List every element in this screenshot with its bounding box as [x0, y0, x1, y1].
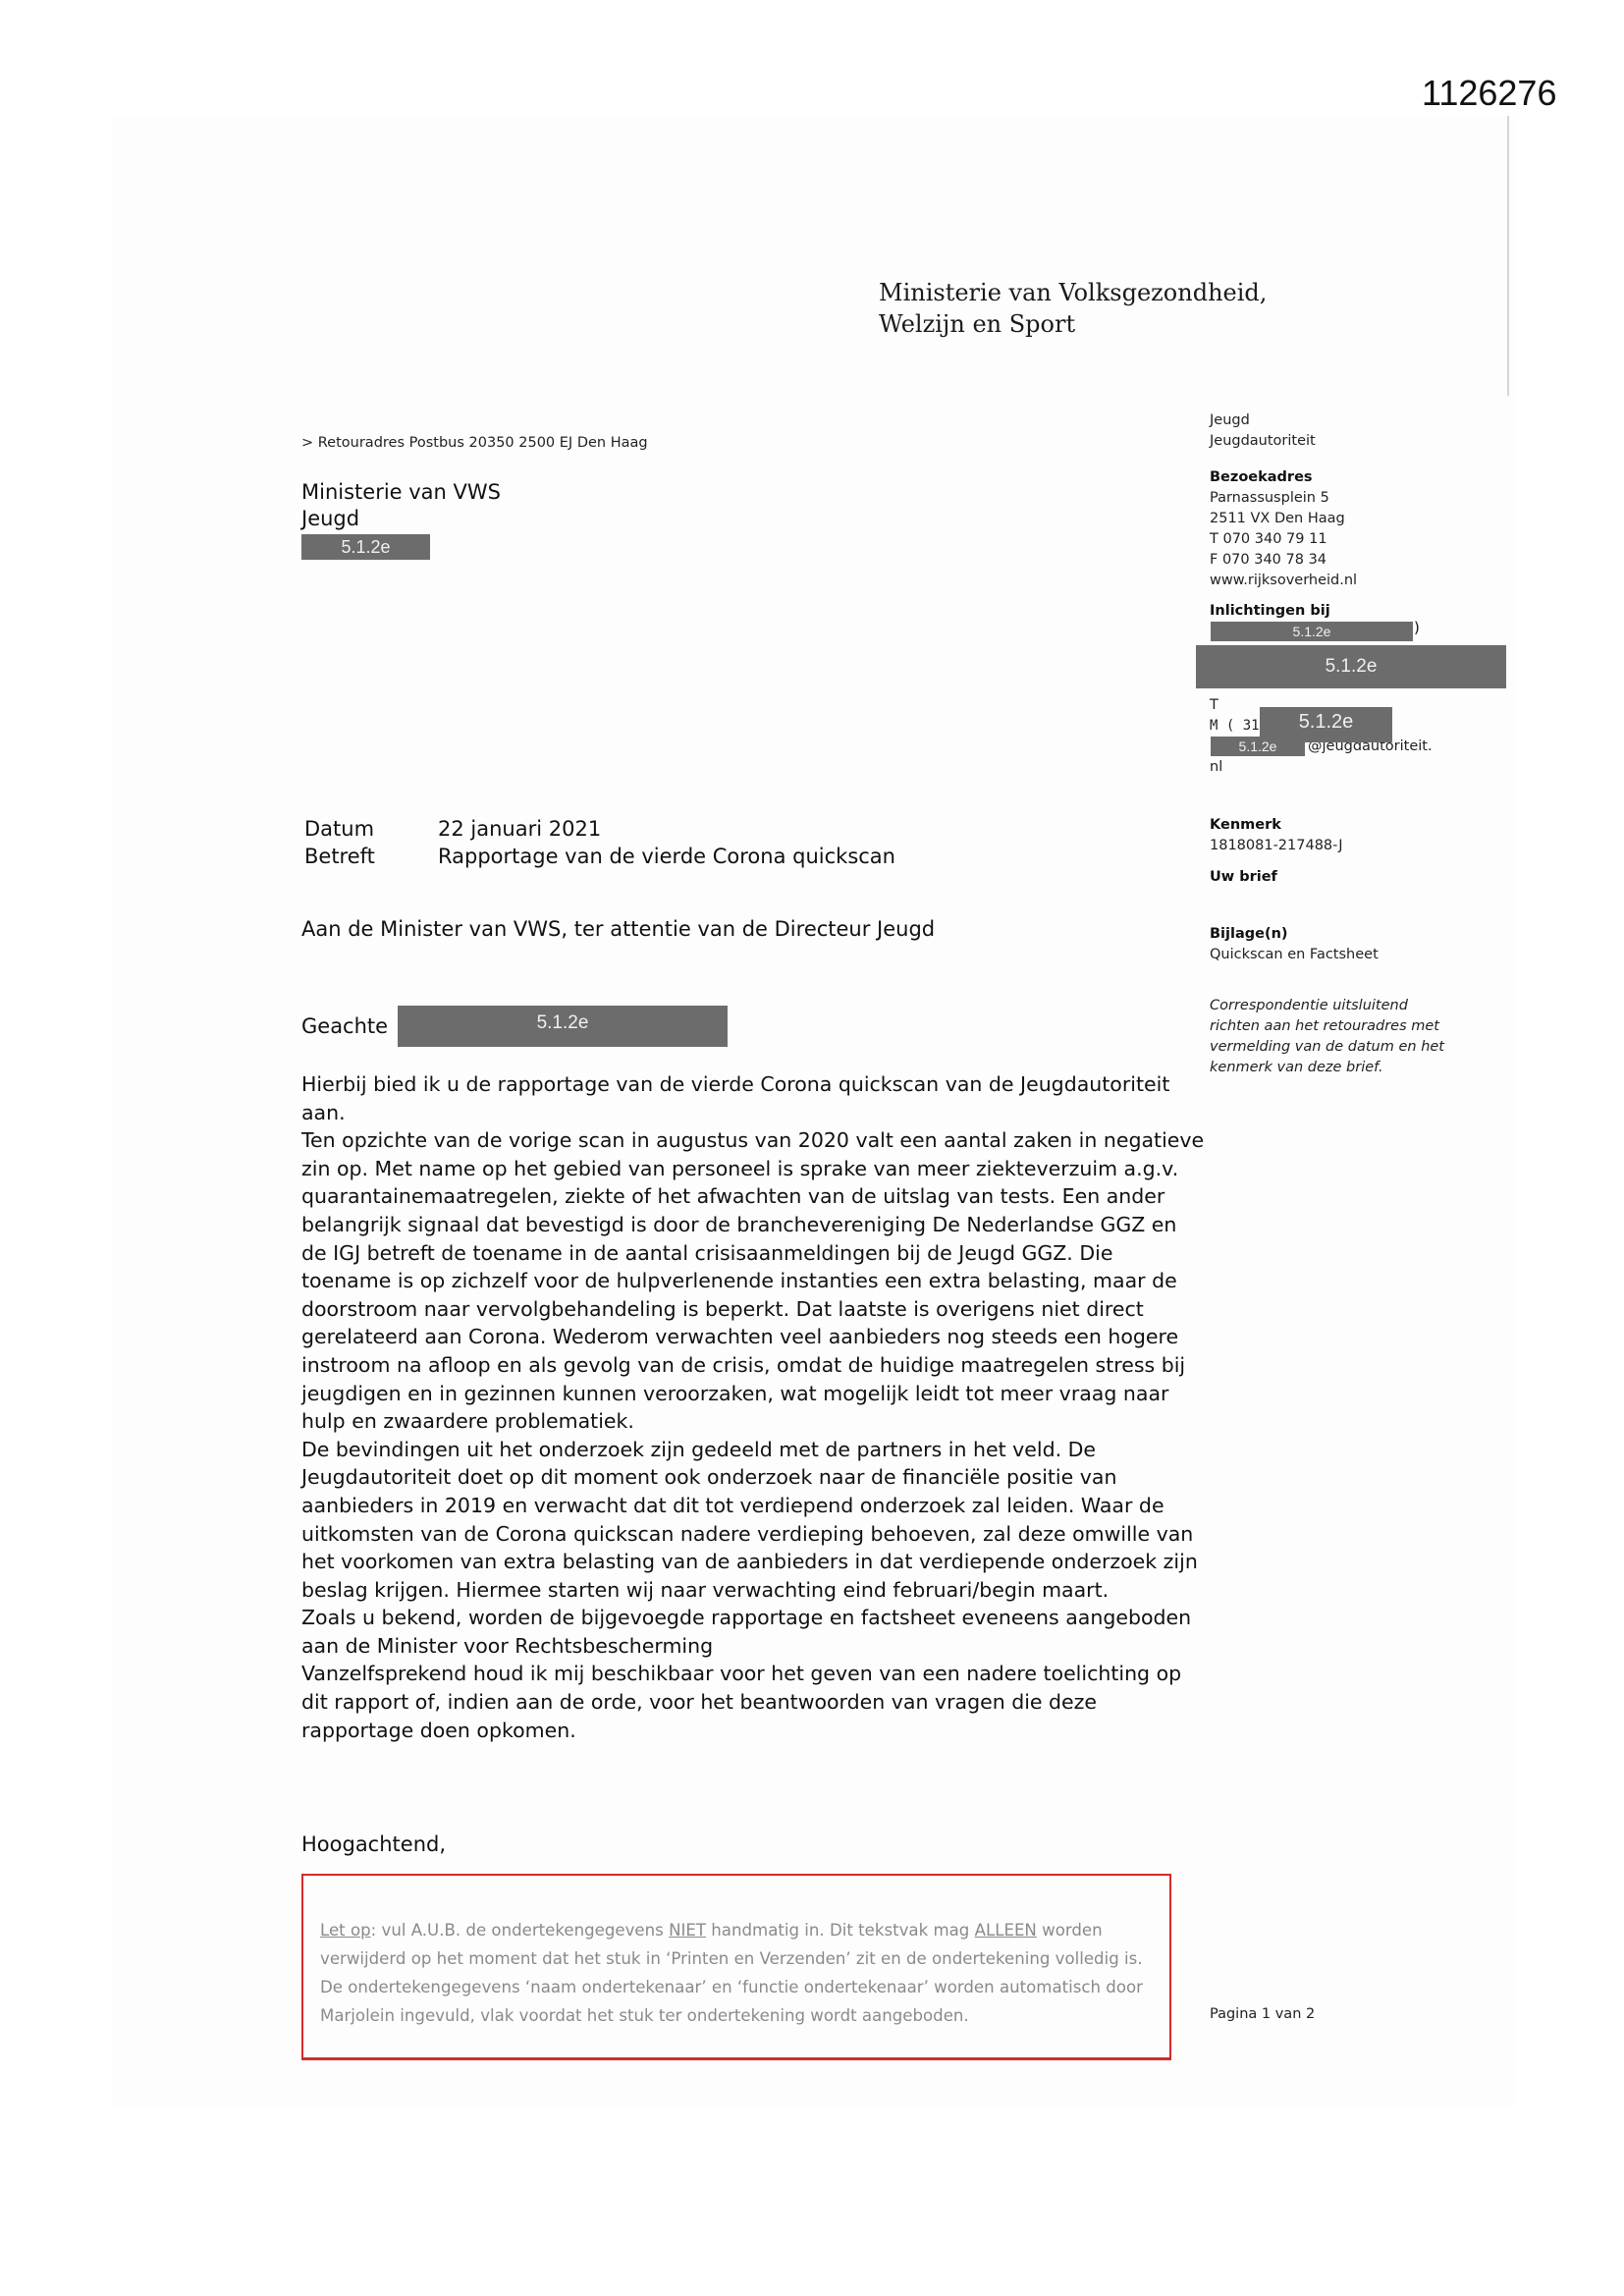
page-indicator: Pagina 1 van 2 [1210, 2006, 1315, 2022]
your-letter: Uw brief [1210, 867, 1277, 888]
sidebar-unit-1: Jeugd [1210, 410, 1316, 431]
email-tld: nl [1210, 757, 1433, 778]
closing: Hoogachtend, [301, 1832, 446, 1856]
visit-line: 2511 VX Den Haag [1210, 509, 1357, 529]
your-letter-heading: Uw brief [1210, 869, 1277, 885]
meta-date-row: Datum 22 januari 2021 [304, 815, 895, 843]
redaction-email: 5.1.2e [1211, 737, 1305, 756]
visit-heading: Bezoekadres [1210, 469, 1313, 485]
document-id: 1126276 [1422, 73, 1556, 114]
attention-line: Aan de Minister van VWS, ter attentie va… [301, 917, 935, 941]
signature-notice-text: Let op: vul A.U.B. de ondertekengegevens… [320, 1916, 1164, 2030]
letter-meta: Datum 22 januari 2021 Betreft Rapportage… [304, 815, 895, 870]
alleen: ALLEEN [975, 1921, 1037, 1940]
body-paragraph: Vanzelfsprekend houd ik mij beschikbaar … [301, 1660, 1205, 1744]
ref-value: 1818081-217488-J [1210, 836, 1342, 856]
return-address: > Retouradres Postbus 20350 2500 EJ Den … [301, 435, 648, 451]
sidebar-unit: Jeugd Jeugdautoriteit [1210, 410, 1316, 452]
let-op: Let op [320, 1921, 371, 1940]
notice-part-2: handmatig in. Dit tekstvak mag [706, 1921, 975, 1940]
website-link[interactable]: www.rijksoverheid.nl [1210, 571, 1357, 591]
redaction-salutation: 5.1.2e [398, 1006, 728, 1047]
salutation: Geachte [301, 1014, 388, 1038]
notice-part-1: : vul A.U.B. de ondertekengegevens [371, 1921, 669, 1940]
sidebar-visit-address: Bezoekadres Parnassusplein 5 2511 VX Den… [1210, 467, 1357, 591]
ministry-letterhead: Ministerie van Volksgezondheid, Welzijn … [879, 277, 1267, 340]
attachments: Bijlage(n) Quickscan en Factsheet [1210, 924, 1379, 965]
attach-value: Quickscan en Factsheet [1210, 945, 1379, 965]
reference: Kenmerk 1818081-217488-J [1210, 815, 1342, 856]
letter-body: Hierbij bied ik u de rapportage van de v… [301, 1070, 1205, 1744]
redaction-contact-block: 5.1.2e [1196, 645, 1506, 688]
recipient-line-2: Jeugd [301, 506, 501, 532]
redaction-contact-name: 5.1.2e [1211, 622, 1413, 641]
subject-value: Rapportage van de vierde Corona quicksca… [438, 843, 895, 870]
visit-line: F 070 340 78 34 [1210, 550, 1357, 571]
meta-subject-row: Betreft Rapportage van de vierde Corona … [304, 843, 895, 870]
body-paragraph: Zoals u bekend, worden de bijgevoegde ra… [301, 1604, 1205, 1660]
ref-heading: Kenmerk [1210, 817, 1281, 833]
body-paragraph: De bevindingen uit het onderzoek zijn ge… [301, 1436, 1205, 1605]
recipient-line-1: Ministerie van VWS [301, 479, 501, 506]
sidebar-unit-2: Jeugdautoriteit [1210, 431, 1316, 452]
visit-line: Parnassusplein 5 [1210, 488, 1357, 509]
attach-heading: Bijlage(n) [1210, 926, 1288, 942]
recipient-address: Ministerie van VWS Jeugd [301, 479, 501, 532]
contact-paren: ) [1414, 619, 1420, 636]
signature-notice-box[interactable]: Let op: vul A.U.B. de ondertekengegevens… [301, 1874, 1171, 2060]
letterhead-line-1: Ministerie van Volksgezondheid, [879, 277, 1267, 308]
info-heading: Inlichtingen bij [1210, 601, 1330, 622]
body-paragraph: Ten opzichte van de vorige scan in augus… [301, 1126, 1205, 1436]
subject-label: Betreft [304, 843, 438, 870]
header-divider [1507, 116, 1509, 396]
correspondence-note: Correspondentie uitsluitend richten aan … [1210, 996, 1450, 1078]
letterhead-line-2: Welzijn en Sport [879, 308, 1267, 340]
visit-line: T 070 340 79 11 [1210, 529, 1357, 550]
date-label: Datum [304, 815, 438, 843]
redaction-recipient: 5.1.2e [301, 534, 430, 560]
body-paragraph: Hierbij bied ik u de rapportage van de v… [301, 1070, 1205, 1126]
info-heading-text: Inlichtingen bij [1210, 603, 1330, 619]
date-value: 22 januari 2021 [438, 815, 895, 843]
niet: NIET [669, 1921, 706, 1940]
